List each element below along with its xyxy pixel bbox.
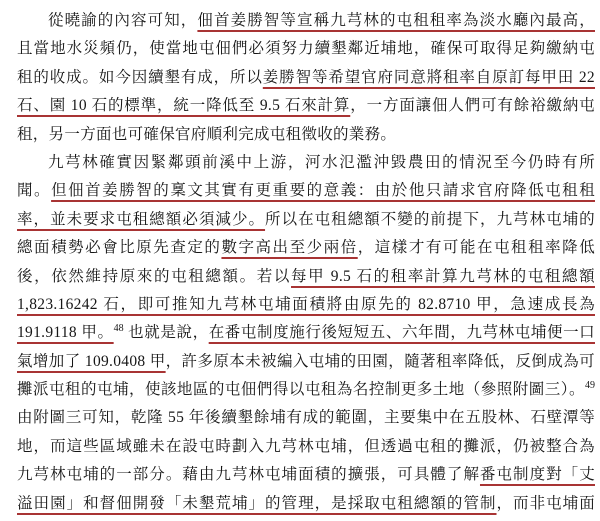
text-segment: ，這樣才有可能在屯租租率降低 [358,239,595,256]
red-underlined-text: 氣增加了 109.0408 甲 [17,353,166,370]
text-segment: 總面積勢必會比原先查定的 [17,239,221,256]
footnote-ref: 49 [585,380,595,391]
text-segment: 攤派屯租的屯埔，使該地區的屯佃們得以屯租為名控制更多土地（參照附圖三）。 [17,381,585,398]
text-line: 地，而這些區域雖未在設屯時劃入九芎林屯埔，但透過屯租的攤派，仍被整合為 [17,433,595,461]
text-line: 總面積勢必會比原先查定的數字高出至少兩倍，這樣才有可能在屯租租率降低 [17,234,595,262]
text-segment: 九芎林屯埔的一部分。藉由九芎林屯埔面積的擴張，可具體了解 [17,466,480,483]
red-underlined-text: 姜勝智等希望官府同意將租率自原訂每甲田 22 [263,69,595,86]
red-underlined-text: 溢田園」和督佃開發「未墾荒埔」的管理，是採取屯租總額的管制 [17,495,497,512]
text-segment: 所以在屯租總額不變的前提下，九芎林屯埔的 [265,211,595,228]
text-segment: 後，依然維持原來的屯租總額。若以 [17,268,291,285]
text-line: 聞。但佃首姜勝智的稟文其實有更重要的意義：由於他只請求官府降低屯租租 [17,177,595,205]
footnote-ref: 48 [114,323,124,334]
red-underlined-text: 佃首姜勝智等宣稱九芎林的屯租租率為淡水廳內最高， [197,12,595,29]
red-underlined-text: 1,823.16242 石，即可推知九芎林屯埔面積將由原先的 82.8710 甲… [17,296,595,313]
text-segment: 從曉諭的內容可知， [48,12,197,29]
text-segment: ，而非屯埔面 [497,495,595,512]
text-line: 由附圖三可知，乾隆 55 年後續墾餘埔有成的範圍，主要集中在五股林、石壁潭等 [17,404,595,432]
text-line: 1,823.16242 石，即可推知九芎林屯埔面積將由原先的 82.8710 甲… [17,291,595,319]
text-line: 租，另一方面也可確保官府順利完成屯租徵收的業務。 [17,121,595,149]
text-segment: 地，而這些區域雖未在設屯時劃入九芎林屯埔，但透過屯租的攤派，仍被整合為 [17,438,595,455]
text-line: 石、園 10 石的標準，統一降低至 9.5 石來計算，一方面讓佃人們可有餘裕繳納… [17,92,595,120]
red-underlined-text: 率，並未要求屯租總額必須減少。 [17,211,265,228]
red-underlined-text: 石、園 10 石的標準，統一降低至 9.5 石來計算 [17,97,350,114]
text-segment: 租的收成。如今因續墾有成，所以 [17,69,263,86]
text-segment: 也就是說， [124,324,209,341]
red-underlined-text: 但佃首姜勝智的稟文其實有更重要的意義：由於他只請求官府降低屯租租 [51,182,595,199]
text-line: 九芎林屯埔的一部分。藉由九芎林屯埔面積的擴張，可具體了解番屯制度對「丈 [17,461,595,489]
text-line: 後，依然維持原來的屯租總額。若以每甲 9.5 石的租率計算九芎林的屯租總額 [17,263,595,291]
red-underlined-text: 每甲 9.5 石的租率計算九芎林的屯租總額 [291,268,595,285]
text-line: 溢田園」和督佃開發「未墾荒埔」的管理，是採取屯租總額的管制，而非屯埔面 [17,490,595,518]
text-segment: 聞。 [17,182,51,199]
text-line: 且當地水災頻仍，使當地屯佃們必須努力續墾鄰近埔地，確保可取得足夠繳納屯 [17,35,595,63]
text-line: 從曉諭的內容可知，佃首姜勝智等宣稱九芎林的屯租租率為淡水廳內最高， [17,7,595,35]
text-line: 率，並未要求屯租總額必須減少。所以在屯租總額不變的前提下，九芎林屯埔的 [17,206,595,234]
red-underlined-text: 在番屯制度施行後短短五、六年間，九芎林屯埔便一口 [209,324,595,341]
text-segment: 租，另一方面也可確保官府順利完成屯租徵收的業務。 [17,126,396,143]
text-line: 攤派屯租的屯埔，使該地區的屯佃們得以屯租為名控制更多土地（參照附圖三）。49 [17,376,595,404]
text-line: 氣增加了 109.0408 甲，許多原本未被編入屯埔的田園，隨著租率降低，反倒成… [17,348,595,376]
text-line: 租的收成。如今因續墾有成，所以姜勝智等希望官府同意將租率自原訂每甲田 22 [17,64,595,92]
red-underlined-text: 番屯制度對「丈 [480,466,595,483]
text-line: 九芎林確實因緊鄰頭前溪中上游，河水氾濫沖毀農田的情況至今仍時有所 [17,149,595,177]
document-page: 從曉諭的內容可知，佃首姜勝智等宣稱九芎林的屯租租率為淡水廳內最高，且當地水災頻仍… [0,0,600,521]
text-segment: ，一方面讓佃人們可有餘裕繳納屯 [350,97,595,114]
text-segment: 九芎林確實因緊鄰頭前溪中上游，河水氾濫沖毀農田的情況至今仍時有所 [48,154,595,171]
text-line: 191.9118 甲。48 也就是說，在番屯制度施行後短短五、六年間，九芎林屯埔… [17,319,595,347]
red-underlined-text: 數字高出至少兩倍 [221,239,357,256]
red-underlined-text: 191.9118 甲。 [17,324,114,341]
text-segment: 且當地水災頻仍，使當地屯佃們必須努力續墾鄰近埔地，確保可取得足夠繳納屯 [17,40,595,57]
text-segment: 由附圖三可知，乾隆 55 年後續墾餘埔有成的範圍，主要集中在五股林、石壁潭等 [17,409,595,426]
text-segment: ，許多原本未被編入屯埔的田園，隨著租率降低，反倒成為可 [166,353,595,370]
document-body: 從曉諭的內容可知，佃首姜勝智等宣稱九芎林的屯租租率為淡水廳內最高，且當地水災頻仍… [17,7,595,518]
